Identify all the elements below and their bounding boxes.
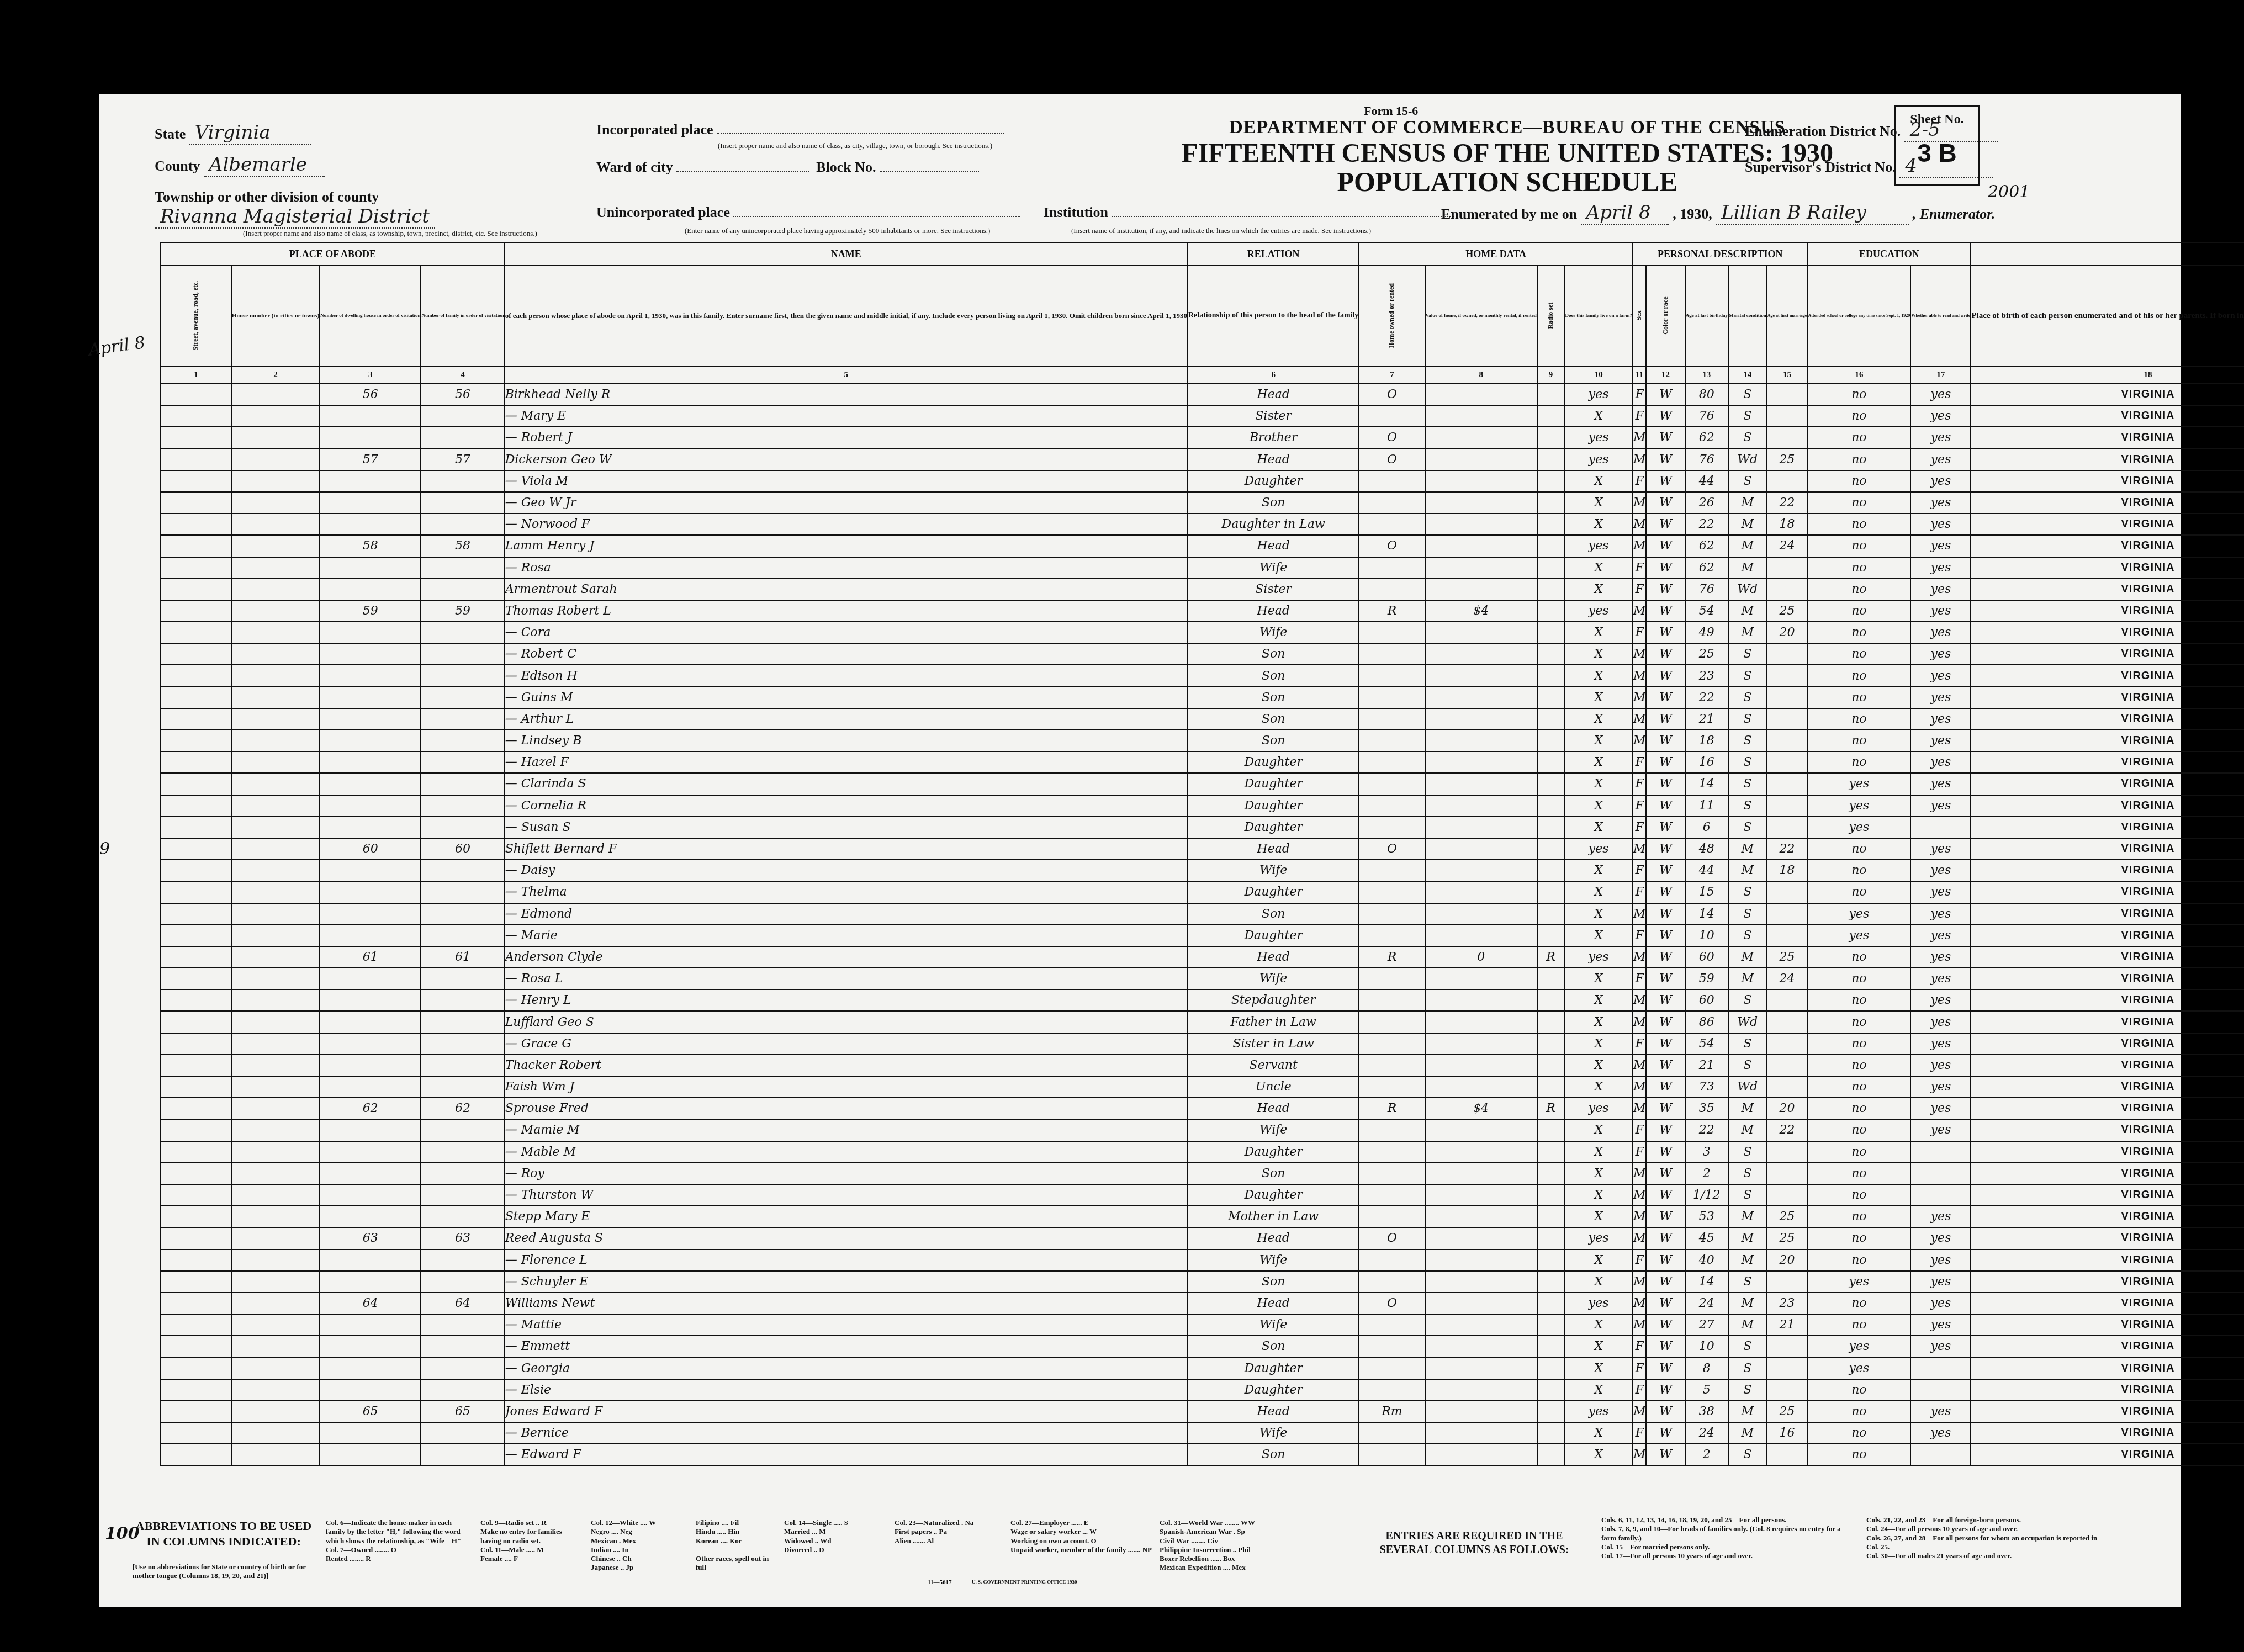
cell-sch: no <box>1807 730 1910 751</box>
cell-agem: 25 <box>1767 1206 1808 1227</box>
cell-fam <box>421 989 504 1011</box>
cell-sex: M <box>1633 1076 1647 1098</box>
cell-age: 24 <box>1685 1422 1728 1444</box>
cell-name: — Edward F <box>505 1444 1188 1465</box>
cell-sch: no <box>1807 708 1910 730</box>
table-row: — Lindsey BSonXMW18SnoyesVIRGINIAVIRGINI… <box>161 730 2244 751</box>
cell-rel: Wife <box>1188 1422 1359 1444</box>
cell-agem: 20 <box>1767 1098 1808 1119</box>
cell-race: W <box>1646 730 1685 751</box>
cell-house <box>231 838 320 860</box>
table-row: 6565Jones Edward FHeadRmyesMW38M25noyesV… <box>161 1401 2244 1422</box>
cell-radio <box>1537 622 1565 643</box>
cell-name: — Arthur L <box>505 708 1188 730</box>
cell-farm: yes <box>1564 1227 1633 1249</box>
cell-sch: no <box>1807 1098 1910 1119</box>
cell-sch: no <box>1807 384 1910 405</box>
entries-list-1: Cols. 6, 11, 12, 13, 14, 16, 18, 19, 20,… <box>1601 1516 1844 1560</box>
cell-val <box>1425 1033 1537 1055</box>
cell-mar: S <box>1728 708 1767 730</box>
cell-mar: S <box>1728 989 1767 1011</box>
cell-dw <box>320 1119 421 1141</box>
cell-sch: no <box>1807 1206 1910 1227</box>
cell-rel: Wife <box>1188 1249 1359 1271</box>
cell-street <box>161 470 231 492</box>
cell-name: — Cornelia R <box>505 795 1188 817</box>
cell-race: W <box>1646 1098 1685 1119</box>
cell-age: 26 <box>1685 492 1728 513</box>
cell-fam: 63 <box>421 1227 504 1249</box>
cell-rel: Son <box>1188 687 1359 708</box>
cell-own <box>1359 751 1425 773</box>
cell-radio <box>1537 1314 1565 1336</box>
cell-race: W <box>1646 925 1685 946</box>
cell-val <box>1425 492 1537 513</box>
cell-sch: no <box>1807 1011 1910 1032</box>
cell-rd: yes <box>1910 622 1971 643</box>
cell-pob: VIRGINIA <box>1971 1249 2244 1271</box>
cell-mar: M <box>1728 1227 1767 1249</box>
cell-street <box>161 968 231 989</box>
cell-fam <box>421 903 504 925</box>
cell-radio <box>1537 1401 1565 1422</box>
cell-val <box>1425 557 1537 579</box>
cell-pob: VIRGINIA <box>1971 449 2244 470</box>
cell-radio <box>1537 751 1565 773</box>
cell-rel: Head <box>1188 600 1359 622</box>
cell-house <box>231 773 320 795</box>
margin-date: April 8 <box>87 333 146 360</box>
state-value: Virginia <box>189 121 311 145</box>
cell-race: W <box>1646 513 1685 535</box>
cell-name: — Emmett <box>505 1336 1188 1357</box>
table-row: 5858Lamm Henry JHeadOyesMW62M24noyesVIRG… <box>161 535 2244 557</box>
cell-name: — Mary E <box>505 405 1188 427</box>
cell-sch: no <box>1807 1293 1910 1314</box>
cell-sex: F <box>1633 1357 1647 1379</box>
cell-val <box>1425 1011 1537 1032</box>
cell-sex: M <box>1633 665 1647 686</box>
cell-farm: X <box>1564 1314 1633 1336</box>
cell-house <box>231 708 320 730</box>
cell-age: 11 <box>1685 795 1728 817</box>
cell-agem <box>1767 1163 1808 1184</box>
cell-dw <box>320 795 421 817</box>
population-table: PLACE OF ABODE NAME RELATION HOME DATA P… <box>160 242 2244 1466</box>
cell-fam: 59 <box>421 600 504 622</box>
cell-name: — Florence L <box>505 1249 1188 1271</box>
cell-house <box>231 903 320 925</box>
table-row: — RoySonXMW2SnoVIRGINIAVIRGINIAVIRGINIA7… <box>161 1163 2244 1184</box>
cell-street <box>161 1076 231 1098</box>
cell-race: W <box>1646 860 1685 881</box>
cell-own: O <box>1359 838 1425 860</box>
cell-street <box>161 384 231 405</box>
cell-pob: VIRGINIA <box>1971 687 2244 708</box>
cell-farm: X <box>1564 1444 1633 1465</box>
cell-sch: yes <box>1807 903 1910 925</box>
cell-house <box>231 687 320 708</box>
cell-rd <box>1910 1141 1971 1163</box>
cell-pob: VIRGINIA <box>1971 1119 2244 1141</box>
cell-pob: VIRGINIA <box>1971 579 2244 600</box>
cell-own: O <box>1359 449 1425 470</box>
cell-farm: X <box>1564 1336 1633 1357</box>
cell-rd: yes <box>1910 687 1971 708</box>
cell-age: 54 <box>1685 600 1728 622</box>
cell-sch: no <box>1807 1379 1910 1401</box>
table-row: — Clarinda SDaughterXFW14SyesyesVIRGINIA… <box>161 773 2244 795</box>
table-row: Lufflard Geo SFather in LawXMW86WdnoyesV… <box>161 1011 2244 1032</box>
cell-race: W <box>1646 1379 1685 1401</box>
cell-sch: no <box>1807 751 1910 773</box>
cell-own <box>1359 1379 1425 1401</box>
cell-val <box>1425 405 1537 427</box>
cell-street <box>161 708 231 730</box>
cell-fam <box>421 881 504 903</box>
cell-own <box>1359 1011 1425 1032</box>
cell-val <box>1425 860 1537 881</box>
cell-race: W <box>1646 1076 1685 1098</box>
cell-rd <box>1910 817 1971 838</box>
cell-fam <box>421 513 504 535</box>
cell-age: 10 <box>1685 1336 1728 1357</box>
cell-sex: F <box>1633 557 1647 579</box>
cell-farm: X <box>1564 1011 1633 1032</box>
cell-dw <box>320 751 421 773</box>
cell-age: 45 <box>1685 1227 1728 1249</box>
cell-farm: X <box>1564 817 1633 838</box>
cell-race: W <box>1646 795 1685 817</box>
cell-sex: M <box>1633 513 1647 535</box>
cell-own <box>1359 989 1425 1011</box>
cell-street <box>161 838 231 860</box>
cell-agem <box>1767 1055 1808 1076</box>
cell-rd: yes <box>1910 643 1971 665</box>
cell-age: 38 <box>1685 1401 1728 1422</box>
cell-dw: 65 <box>320 1401 421 1422</box>
footer-col14: Col. 14—Single ..... S Married ... M Wid… <box>784 1518 878 1554</box>
cell-house <box>231 665 320 686</box>
cell-sex: M <box>1633 838 1647 860</box>
cell-street <box>161 427 231 448</box>
cell-age: 16 <box>1685 751 1728 773</box>
cell-fam <box>421 665 504 686</box>
cell-agem <box>1767 751 1808 773</box>
cell-val <box>1425 622 1537 643</box>
cell-house <box>231 1055 320 1076</box>
unincorporated-field: Unincorporated place <box>596 204 1020 221</box>
cell-name: — Guins M <box>505 687 1188 708</box>
cell-dw <box>320 1011 421 1032</box>
enumerated-field: Enumerated by me on April 8 , 1930, Lill… <box>1441 202 1995 225</box>
cell-sch: no <box>1807 1444 1910 1465</box>
cell-own <box>1359 1314 1425 1336</box>
cell-name: — Viola M <box>505 470 1188 492</box>
cell-house <box>231 730 320 751</box>
group-place-of-abode: PLACE OF ABODE <box>161 242 505 266</box>
cell-sch: no <box>1807 643 1910 665</box>
cell-rel: Daughter <box>1188 751 1359 773</box>
cell-fam <box>421 492 504 513</box>
cell-pob: VIRGINIA <box>1971 535 2244 557</box>
cell-house <box>231 1119 320 1141</box>
cell-race: W <box>1646 557 1685 579</box>
form-number: Form 15-6 <box>1364 104 1418 118</box>
cell-agem <box>1767 470 1808 492</box>
cell-fam: 56 <box>421 384 504 405</box>
cell-fam: 61 <box>421 946 504 968</box>
cell-farm: X <box>1564 579 1633 600</box>
table-row: — Schuyler ESonXMW14SyesyesVIRGINIAVIRGI… <box>161 1271 2244 1293</box>
cell-age: 49 <box>1685 622 1728 643</box>
cell-fam: 60 <box>421 838 504 860</box>
cell-radio <box>1537 1141 1565 1163</box>
cell-own: O <box>1359 1227 1425 1249</box>
cell-val <box>1425 579 1537 600</box>
cell-rel: Son <box>1188 1444 1359 1465</box>
cell-farm: X <box>1564 643 1633 665</box>
cell-age: 53 <box>1685 1206 1728 1227</box>
cell-mar: M <box>1728 1401 1767 1422</box>
cell-street <box>161 1422 231 1444</box>
cell-sch: no <box>1807 989 1910 1011</box>
cell-radio <box>1537 513 1565 535</box>
cell-name: — Bernice <box>505 1422 1188 1444</box>
cell-val <box>1425 968 1537 989</box>
cell-agem: 22 <box>1767 492 1808 513</box>
cell-race: W <box>1646 946 1685 968</box>
cell-rd: yes <box>1910 1206 1971 1227</box>
cell-race: W <box>1646 1357 1685 1379</box>
cell-pob: VIRGINIA <box>1971 1141 2244 1163</box>
cell-race: W <box>1646 1163 1685 1184</box>
cell-radio <box>1537 925 1565 946</box>
cell-mar: S <box>1728 665 1767 686</box>
cell-mar: S <box>1728 1357 1767 1379</box>
township-note: (Insert proper name and also name of cla… <box>243 229 537 238</box>
cell-agem: 22 <box>1767 1119 1808 1141</box>
cell-mar: S <box>1728 643 1767 665</box>
table-row: — GeorgiaDaughterXFW8SyesVIRGINIAVIRGINI… <box>161 1357 2244 1379</box>
cell-age: 3 <box>1685 1141 1728 1163</box>
column-number: 14 <box>1728 366 1767 384</box>
cell-street <box>161 449 231 470</box>
cell-mar: S <box>1728 1184 1767 1206</box>
cell-rel: Daughter <box>1188 795 1359 817</box>
cell-own <box>1359 708 1425 730</box>
cell-house <box>231 1033 320 1055</box>
cell-sex: M <box>1633 492 1647 513</box>
cell-radio <box>1537 1293 1565 1314</box>
cell-house <box>231 1293 320 1314</box>
cell-agem <box>1767 773 1808 795</box>
cell-mar: S <box>1728 384 1767 405</box>
cell-sch: no <box>1807 513 1910 535</box>
cell-fam: 65 <box>421 1401 504 1422</box>
cell-name: — Lindsey B <box>505 730 1188 751</box>
cell-fam <box>421 470 504 492</box>
cell-val <box>1425 925 1537 946</box>
cell-race: W <box>1646 817 1685 838</box>
cell-radio <box>1537 795 1565 817</box>
cell-sch: no <box>1807 968 1910 989</box>
cell-rel: Wife <box>1188 557 1359 579</box>
cell-radio <box>1537 1206 1565 1227</box>
cell-pob: VIRGINIA <box>1971 1184 2244 1206</box>
cell-rel: Servant <box>1188 1055 1359 1076</box>
cell-pob: VIRGINIA <box>1971 1055 2244 1076</box>
cell-name: Faish Wm J <box>505 1076 1188 1098</box>
cell-sex: F <box>1633 1249 1647 1271</box>
cell-house <box>231 881 320 903</box>
cell-rel: Uncle <box>1188 1076 1359 1098</box>
cell-farm: X <box>1564 968 1633 989</box>
cell-agem: 21 <box>1767 1314 1808 1336</box>
cell-radio <box>1537 730 1565 751</box>
cell-farm: X <box>1564 1249 1633 1271</box>
cell-dw <box>320 1184 421 1206</box>
cell-name: — Roy <box>505 1163 1188 1184</box>
cell-mar: M <box>1728 557 1767 579</box>
col-owned: Home owned or rented <box>1359 266 1425 366</box>
cell-age: 44 <box>1685 470 1728 492</box>
column-number: 10 <box>1564 366 1633 384</box>
table-row: — DaisyWifeXFW44M18noyesVIRGINIAVIRGINIA… <box>161 860 2244 881</box>
cell-race: W <box>1646 1141 1685 1163</box>
cell-farm: X <box>1564 989 1633 1011</box>
cell-radio <box>1537 1076 1565 1098</box>
cell-rel: Wife <box>1188 622 1359 643</box>
cell-sex: F <box>1633 1422 1647 1444</box>
cell-dw <box>320 1141 421 1163</box>
cell-val: $4 <box>1425 600 1537 622</box>
cell-own <box>1359 1184 1425 1206</box>
cell-race: W <box>1646 1227 1685 1249</box>
cell-sex: F <box>1633 470 1647 492</box>
cell-age: 73 <box>1685 1076 1728 1098</box>
column-number: 8 <box>1425 366 1537 384</box>
cell-farm: X <box>1564 513 1633 535</box>
cell-street <box>161 1249 231 1271</box>
cell-farm: X <box>1564 1422 1633 1444</box>
cell-radio <box>1537 535 1565 557</box>
cell-farm: X <box>1564 1055 1633 1076</box>
cell-agem <box>1767 687 1808 708</box>
cell-farm: X <box>1564 795 1633 817</box>
cell-fam <box>421 1011 504 1032</box>
cell-rel: Daughter <box>1188 881 1359 903</box>
cell-dw <box>320 730 421 751</box>
cell-race: W <box>1646 492 1685 513</box>
cell-val <box>1425 1163 1537 1184</box>
cell-rel: Son <box>1188 730 1359 751</box>
cell-sch: no <box>1807 946 1910 968</box>
cell-mar: Wd <box>1728 1076 1767 1098</box>
cell-name: — Henry L <box>505 989 1188 1011</box>
cell-rd: yes <box>1910 968 1971 989</box>
cell-fam <box>421 622 504 643</box>
cell-rd: yes <box>1910 903 1971 925</box>
cell-fam <box>421 925 504 946</box>
cell-fam: 62 <box>421 1098 504 1119</box>
cell-rd: yes <box>1910 513 1971 535</box>
cell-own <box>1359 773 1425 795</box>
cell-dw: 56 <box>320 384 421 405</box>
cell-mar: M <box>1728 1422 1767 1444</box>
cell-agem: 25 <box>1767 946 1808 968</box>
cell-pob: VIRGINIA <box>1971 600 2244 622</box>
cell-age: 54 <box>1685 1033 1728 1055</box>
footer-col12b: Filipino .... Fil Hindu ..... Hin Korean… <box>696 1518 773 1572</box>
cell-radio <box>1537 1249 1565 1271</box>
abbreviations-title: ABBREVIATIONS TO BE USED IN COLUMNS INDI… <box>133 1518 315 1549</box>
cell-race: W <box>1646 903 1685 925</box>
cell-dw <box>320 708 421 730</box>
cell-name: Anderson Clyde <box>505 946 1188 968</box>
cell-val <box>1425 449 1537 470</box>
footer-col12: Col. 12—White .... W Negro .... Neg Mexi… <box>591 1518 690 1572</box>
cell-pob: VIRGINIA <box>1971 384 2244 405</box>
cell-street <box>161 1033 231 1055</box>
cell-name: Sprouse Fred <box>505 1098 1188 1119</box>
cell-own <box>1359 492 1425 513</box>
cell-sex: F <box>1633 751 1647 773</box>
cell-age: 22 <box>1685 1119 1728 1141</box>
cell-val <box>1425 1227 1537 1249</box>
cell-radio <box>1537 860 1565 881</box>
cell-dw: 60 <box>320 838 421 860</box>
table-row: 6060Shiflett Bernard FHeadOyesMW48M22noy… <box>161 838 2244 860</box>
cell-race: W <box>1646 535 1685 557</box>
cell-race: W <box>1646 600 1685 622</box>
cell-name: — Robert J <box>505 427 1188 448</box>
cell-street <box>161 1206 231 1227</box>
cell-rd: yes <box>1910 1227 1971 1249</box>
cell-mar: S <box>1728 751 1767 773</box>
cell-house <box>231 643 320 665</box>
cell-street <box>161 643 231 665</box>
cell-sch: no <box>1807 405 1910 427</box>
cell-house <box>231 579 320 600</box>
cell-pob: VIRGINIA <box>1971 405 2244 427</box>
table-row: — Robert CSonXMW25SnoyesVIRGINIAVIRGINIA… <box>161 643 2244 665</box>
cell-sch: no <box>1807 881 1910 903</box>
cell-fam <box>421 1271 504 1293</box>
cell-own <box>1359 1444 1425 1465</box>
column-number: 7 <box>1359 366 1425 384</box>
incorporated-note: (Insert proper name and also name of cla… <box>718 141 992 150</box>
cell-mar: M <box>1728 1293 1767 1314</box>
cell-val <box>1425 384 1537 405</box>
cell-own <box>1359 665 1425 686</box>
cell-rel: Stepdaughter <box>1188 989 1359 1011</box>
cell-radio <box>1537 1379 1565 1401</box>
cell-house <box>231 1141 320 1163</box>
ward-field: Ward of city Block No. <box>596 159 979 176</box>
cell-own: O <box>1359 427 1425 448</box>
cell-name: — Elsie <box>505 1379 1188 1401</box>
cell-agem: 22 <box>1767 838 1808 860</box>
cell-rel: Wife <box>1188 860 1359 881</box>
cell-rd: yes <box>1910 1293 1971 1314</box>
cell-sex: F <box>1633 579 1647 600</box>
cell-name: — Edison H <box>505 665 1188 686</box>
cell-own <box>1359 1336 1425 1357</box>
cell-street <box>161 881 231 903</box>
cell-farm: X <box>1564 1141 1633 1163</box>
table-row: — Viola MDaughterXFW44SnoyesVIRGINIAVIRG… <box>161 470 2244 492</box>
